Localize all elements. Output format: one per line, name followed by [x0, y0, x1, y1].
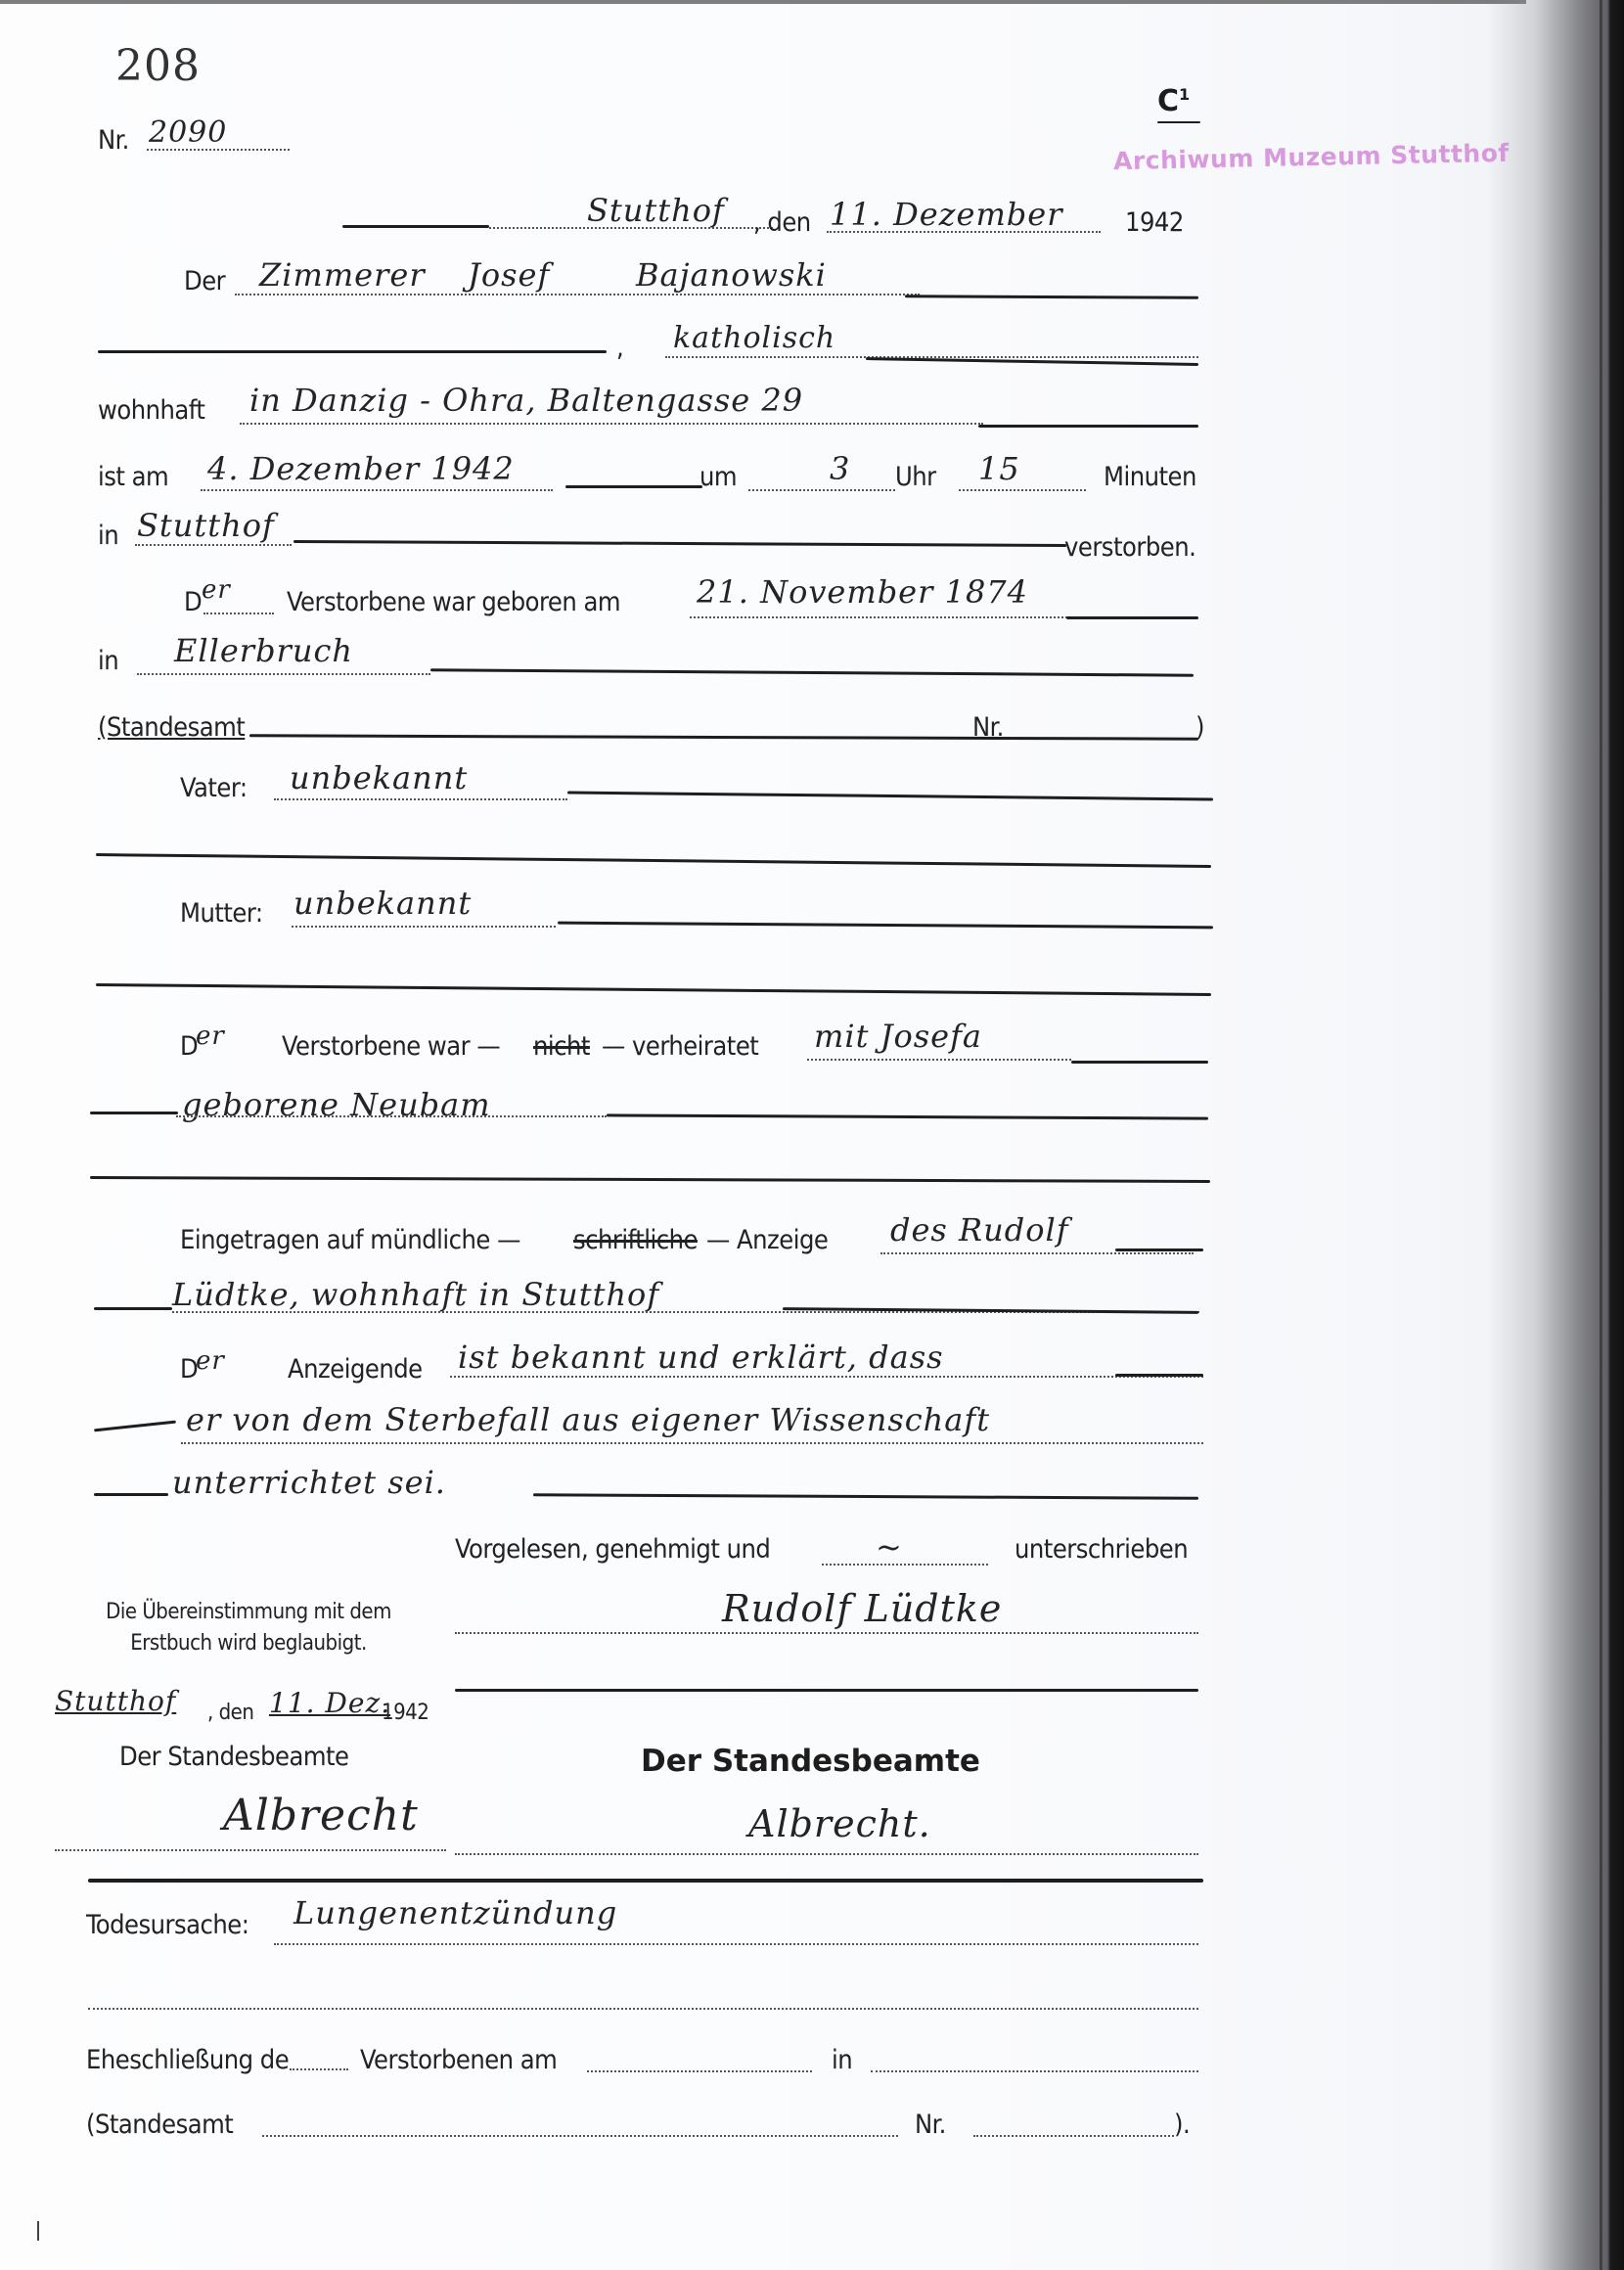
minute-dots — [959, 489, 1086, 491]
mother-label: Mutter: — [180, 898, 263, 929]
father-rule-2 — [96, 853, 1211, 868]
deceased-first-name: Josef — [468, 256, 550, 294]
death-date-label: ist am — [98, 462, 168, 492]
certification-line-1: Die Übereinstimmung mit dem — [82, 1597, 415, 1628]
marriage-record-de-dots — [290, 2068, 348, 2070]
marriage-record-close: ). — [1174, 2110, 1190, 2140]
statement-rule-3a — [94, 1493, 168, 1496]
informant-line-1: des Rudolf — [890, 1211, 1069, 1248]
official-signature-line — [455, 1853, 1198, 1855]
binding-fold-line — [1600, 0, 1602, 2270]
name-dots-line — [235, 294, 920, 295]
certificate-year: 1942 — [1125, 207, 1184, 238]
death-minute: 15 — [978, 450, 1020, 487]
certificate-date: 11. Dezember — [830, 196, 1063, 233]
uhr-label: Uhr — [895, 462, 936, 492]
marriage-record-place-line — [871, 2070, 1198, 2072]
hour-dots — [748, 489, 895, 491]
cause-of-death-line — [274, 1943, 1198, 1945]
birth-prefix: D — [184, 587, 202, 617]
cause-of-death-line-2 — [88, 2008, 1198, 2010]
spouse-line-1: mit Josefa — [814, 1018, 982, 1055]
informant-line-2: Lüdtke, wohnhaft in Stutthof — [172, 1276, 659, 1313]
spouse-rule-3 — [90, 1176, 1210, 1183]
religion-rule-left — [98, 350, 607, 353]
birth-prefix-hand: er — [202, 575, 231, 605]
birth-date-rule — [1066, 616, 1198, 619]
cause-of-death-label: Todesursache: — [86, 1910, 248, 1940]
birth-place-dots — [137, 673, 430, 675]
form-code: C1 — [1157, 84, 1190, 118]
spouse-rule-1 — [1071, 1061, 1208, 1064]
deceased-occupation: Zimmerer — [259, 256, 426, 294]
registration-struck-schriftliche: schriftliche — [573, 1225, 698, 1255]
birth-date: 21. November 1874 — [697, 573, 1028, 611]
birth-prefix-dots — [203, 613, 274, 614]
death-place: Stutthof — [137, 507, 275, 544]
marriage-record-label-2: Verstorbenen am — [360, 2045, 557, 2075]
deceased-religion: katholisch — [673, 321, 835, 355]
death-place-prefix: in — [98, 521, 118, 551]
verstorben-label: verstorben. — [1064, 532, 1195, 563]
father-name: unbekannt — [290, 759, 468, 796]
official-signature: Albrecht. — [748, 1802, 931, 1845]
form-code-sup: 1 — [1179, 85, 1190, 104]
certification-note: Die Übereinstimmung mit dem Erstbuch wir… — [82, 1597, 415, 1659]
spouse-rule-2a — [90, 1112, 178, 1114]
um-label: um — [699, 462, 737, 492]
spouse-dots-2 — [176, 1115, 607, 1117]
father-dots — [274, 798, 567, 800]
certificate-place: Stutthof — [587, 192, 725, 229]
cause-of-death: Lungenentzündung — [293, 1894, 617, 1931]
birth-label: Verstorbene war geboren am — [287, 587, 620, 617]
page-number: 208 — [115, 41, 201, 91]
residence-label: wohnhaft — [98, 395, 204, 426]
birth-place: Ellerbruch — [174, 632, 353, 669]
marriage-prefix-hand: er — [196, 1021, 225, 1051]
statement-line-1: ist bekannt und erklärt, dass — [458, 1339, 944, 1376]
birth-standesamt-close: ) — [1195, 712, 1204, 743]
read-approved-mark: ~ — [876, 1528, 903, 1566]
mother-name: unbekannt — [293, 885, 472, 922]
birth-place-rule — [430, 668, 1194, 676]
marriage-record-label: Eheschließung de — [86, 2045, 289, 2075]
register-number-line — [147, 149, 290, 151]
name-rule — [905, 295, 1198, 299]
register-number-label: Nr. — [98, 125, 129, 156]
cert-date: 11. Dez. — [269, 1687, 390, 1719]
marriage-label: Verstorbene war — — [282, 1031, 500, 1062]
minuten-label: Minuten — [1104, 462, 1196, 492]
death-date: 4. Dezember 1942 — [207, 450, 515, 487]
spouse-dots-1 — [807, 1059, 1071, 1061]
marriage-record-nr-line — [973, 2135, 1174, 2137]
der-prefix: Der — [184, 266, 225, 296]
den-label: , den — [753, 207, 811, 238]
statement-line-3: unterrichtet sei. — [172, 1464, 446, 1501]
registration-label: Eingetragen auf mündliche — — [180, 1225, 520, 1255]
unterschrieben-label: unterschrieben — [1015, 1534, 1188, 1565]
spouse-rule-2b — [607, 1113, 1208, 1119]
cert-year: 1942 — [382, 1701, 429, 1725]
informant-rule-1 — [1115, 1248, 1203, 1251]
residence-dots — [240, 423, 983, 425]
marriage-record-date-line — [587, 2070, 812, 2072]
statement-rule-2a — [94, 1421, 176, 1432]
official-label: Der Standesbeamte — [641, 1744, 980, 1779]
mother-rule — [558, 922, 1213, 930]
cert-official-line — [55, 1849, 446, 1851]
declarant-label: Anzeigende — [288, 1354, 423, 1385]
father-rule — [567, 792, 1213, 801]
cert-place: Stutthof — [55, 1685, 176, 1717]
informant-dots-1 — [880, 1252, 1194, 1254]
binding-shadow — [1487, 0, 1624, 2270]
informant-signature: Rudolf Lüdtke — [722, 1587, 1002, 1630]
death-place-rule — [293, 540, 1066, 547]
informant-signature-line — [455, 1632, 1198, 1634]
deceased-residence: in Danzig - Ohra, Baltengasse 29 — [249, 382, 803, 419]
birth-standesamt-label: (Standesamt — [98, 712, 245, 743]
birth-date-dots — [690, 616, 1071, 618]
death-date-dots — [201, 489, 553, 491]
registration-label-2: — Anzeige — [706, 1225, 828, 1255]
birth-place-prefix: in — [98, 646, 118, 676]
statement-line-2: er von dem Sterbefall aus eigener Wissen… — [186, 1401, 990, 1438]
father-label-text: Vater: — [180, 773, 248, 803]
death-hour: 3 — [830, 450, 850, 487]
marriage-record-standesamt-label: (Standesamt — [86, 2110, 233, 2140]
deceased-last-name: Bajanowski — [636, 256, 827, 294]
death-certificate-page: 208 Nr. 2090 C1 Archiwum Muzeum Stutthof… — [0, 0, 1624, 2270]
declarant-prefix-hand: er — [196, 1346, 225, 1376]
death-place-dots — [135, 544, 292, 546]
mother-rule-2 — [96, 983, 1211, 996]
marriage-record-standesamt-line — [262, 2135, 898, 2137]
form-code-letter: C — [1157, 84, 1179, 118]
informant-signature-rule-2 — [455, 1689, 1198, 1692]
date-dots — [827, 231, 1101, 233]
marriage-label-2: — verheiratet — [602, 1031, 758, 1062]
death-date-rule — [565, 485, 702, 488]
register-number: 2090 — [149, 115, 227, 150]
religion-comma: , — [616, 333, 623, 363]
certification-line-2: Erstbuch wird beglaubigt. — [82, 1628, 415, 1659]
place-rule — [342, 225, 489, 228]
cert-den: , den — [207, 1701, 253, 1725]
marriage-struck-nicht: nicht — [533, 1031, 590, 1062]
religion-rule-right — [866, 357, 1198, 366]
cert-official-signature: Albrecht — [223, 1791, 419, 1840]
spouse-line-2: geborene Neubam — [182, 1086, 491, 1123]
statement-rule-1 — [1115, 1374, 1203, 1377]
statement-dots-2 — [181, 1442, 1203, 1444]
residence-rule — [978, 425, 1198, 428]
marriage-record-in-label: in — [832, 2045, 852, 2075]
birth-standesamt-rule — [249, 734, 1198, 740]
read-approved-label: Vorgelesen, genehmigt und — [455, 1534, 770, 1565]
margin-mark — [37, 2221, 39, 2241]
statement-dots-1 — [450, 1376, 1203, 1378]
read-approved-dots — [822, 1564, 988, 1566]
section-divider — [88, 1879, 1203, 1883]
statement-rule-3b — [533, 1493, 1198, 1500]
marriage-record-nr-label: Nr. — [915, 2110, 946, 2140]
mother-dots — [292, 926, 556, 928]
cert-official-label: Der Standesbeamte — [119, 1742, 349, 1772]
archive-stamp: Archiwum Muzeum Stutthof — [1113, 139, 1510, 175]
form-code-underline — [1157, 121, 1200, 123]
birth-standesamt-nr-label: Nr. — [972, 712, 1004, 743]
scan-edge — [0, 0, 1526, 4]
informant-rule-2a — [94, 1307, 172, 1310]
